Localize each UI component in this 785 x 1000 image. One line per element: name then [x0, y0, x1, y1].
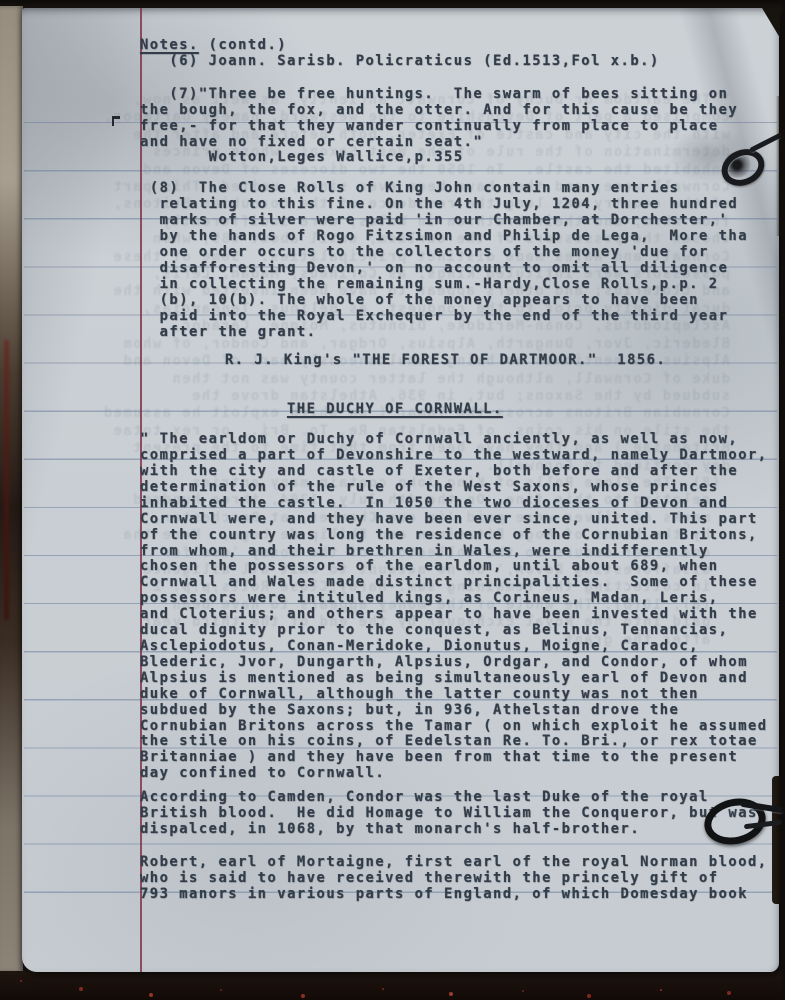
note-8: (8) The Close Rolls of King John contain… [140, 181, 785, 340]
reference-line: R. J. King's "THE FOREST OF DARTMOOR." 1… [140, 353, 785, 369]
document-page: " The earldom or Duchy of Cornwall ancie… [22, 8, 779, 972]
page-stack-streak [4, 340, 9, 620]
section-heading-line: THE DUCHY OF CORNWALL. [140, 402, 785, 418]
notes-contd: (contd.) [199, 37, 287, 53]
section-heading: THE DUCHY OF CORNWALL. [287, 401, 503, 417]
scanned-document-screenshot: { "colors": { "paper": "#cbd1d5", "ink":… [0, 0, 785, 1000]
paragraph-1: " The earldom or Duchy of Cornwall ancie… [140, 432, 785, 782]
scan-edge-bottom [0, 971, 785, 1000]
paragraph-3: Robert, earl of Mortaigne, first earl of… [140, 855, 785, 903]
margin-pen-mark [110, 115, 120, 127]
scan-edge-right [780, 0, 785, 1000]
scan-bottom-speckles [20, 980, 22, 982]
notes-title: Notes. [140, 37, 199, 53]
paragraph-2: According to Camden, Condor was the last… [140, 790, 785, 838]
note-6: (6) Joann. Sarisb. Policraticus (Ed.1513… [140, 53, 660, 69]
notes-heading-block: Notes. (contd.) (6) Joann. Sarisb. Polic… [140, 38, 785, 70]
